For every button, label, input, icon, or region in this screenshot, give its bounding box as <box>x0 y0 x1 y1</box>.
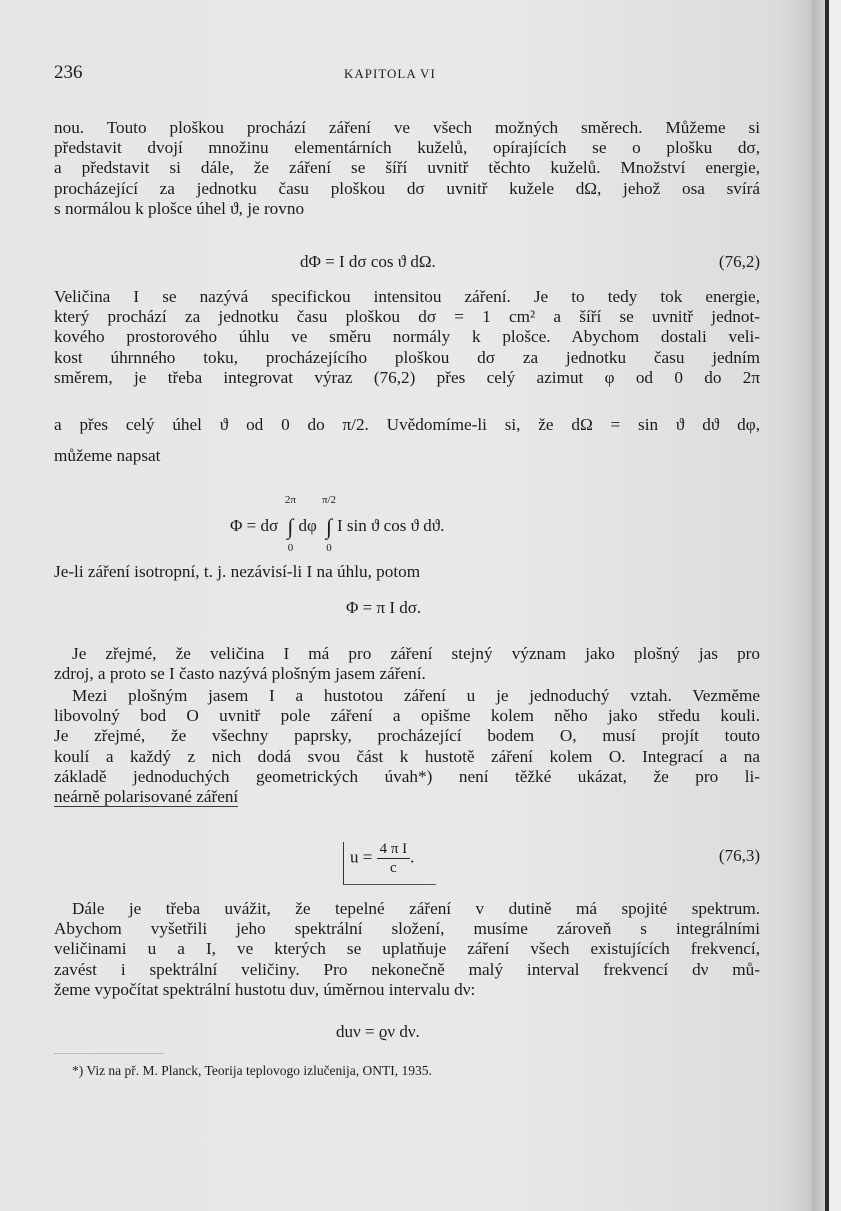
paragraph-3: Je-li záření isotropní, t. j. nezávisí-l… <box>54 562 760 582</box>
text-line: koulí a každý z nich dodá svou část k hu… <box>54 747 760 767</box>
text-line: procházející za jednotku času ploškou dσ… <box>54 179 760 199</box>
integral-sign-phi: 2π ∫ 0 <box>282 514 298 540</box>
integral-body-1: dφ <box>298 516 316 535</box>
paragraph-2: Veličina I se nazývá specifickou intensi… <box>54 287 760 388</box>
next-page-strip <box>829 0 841 1211</box>
text-line: Je-li záření isotropní, t. j. nezávisí-l… <box>54 562 760 582</box>
text-line: a přes celý úhel ϑ od 0 do π/2. Uvědomím… <box>54 415 760 435</box>
paragraph-5: Mezi plošným jasem I a hustotou záření u… <box>54 686 760 807</box>
text-line: s normálou k plošce úhel ϑ, je rovno <box>54 199 760 219</box>
page-number: 236 <box>54 62 83 84</box>
paragraph-6: Dále je třeba uvážit, že tepelné záření … <box>54 899 760 1000</box>
text-line: kost úhrnného toku, procházejícího plošk… <box>54 348 760 368</box>
equation-number: (76,2) <box>719 252 760 272</box>
text-line: Je zřejmé, že všechny paprsky, procházej… <box>54 726 760 746</box>
integral-lhs: Φ = dσ <box>230 516 278 535</box>
equation-integral: Φ = dσ 2π ∫ 0 dφ π/2 ∫ 0 I sin ϑ cos ϑ d… <box>230 514 444 540</box>
text-line: žeme vypočítat spektrální hustotu duν, ú… <box>54 980 760 1000</box>
text-line: Veličina I se nazývá specifickou intensi… <box>54 287 760 307</box>
numerator: 4 π I <box>377 840 411 859</box>
text-line: zdroj, a proto se I často nazývá plošným… <box>54 664 760 684</box>
text-line: nou. Touto ploškou prochází záření ve vš… <box>54 118 760 138</box>
running-head: KAPITOLA VI <box>344 66 436 82</box>
text-line: Abychom vyšetřili jeho spektrální složen… <box>54 919 760 939</box>
footnote: *) Viz na př. M. Planck, Teorija teplovo… <box>72 1063 432 1079</box>
text-line: Mezi plošným jasem I a hustotou záření u… <box>54 686 760 706</box>
paragraph-2-cont: a přes celý úhel ϑ od 0 do π/2. Uvědomím… <box>54 415 760 435</box>
equation-isotropic: Φ = π I dσ. <box>54 598 760 624</box>
equation-76-3: u = 4 π I c . (76,3) <box>54 838 760 882</box>
integral-body-2: I sin ϑ cos ϑ dϑ. <box>337 516 444 535</box>
text-line: který prochází za jednotku času ploškou … <box>54 307 760 327</box>
text-line: neárně polarisované záření <box>54 787 760 807</box>
pencil-underline: neárně polarisované záření <box>54 787 238 807</box>
equation-flux-integral: Φ = dσ 2π ∫ 0 dφ π/2 ∫ 0 I sin ϑ cos ϑ d… <box>54 508 760 548</box>
text-line: Dále je třeba uvážit, že tepelné záření … <box>54 899 760 919</box>
page-header: 236 KAPITOLA VI <box>54 62 754 86</box>
denominator: c <box>377 859 411 877</box>
integral-sign-theta: π/2 ∫ 0 <box>321 514 337 540</box>
text-line: můžeme napsat <box>54 446 760 466</box>
equation-fraction: u = 4 π I c . <box>350 840 414 877</box>
equation-lhs: u = <box>350 847 372 866</box>
paragraph-2-end: můžeme napsat <box>54 446 760 466</box>
text-line: Je zřejmé, že veličina I má pro záření s… <box>54 644 760 664</box>
text-line: a představit si dále, že záření se šíří … <box>54 158 760 178</box>
paragraph-1: nou. Touto ploškou prochází záření ve vš… <box>54 118 760 219</box>
equation-text: duν = ϱν dν. <box>336 1022 420 1042</box>
equation-text: Φ = π I dσ. <box>346 598 421 618</box>
paragraph-4: Je zřejmé, že veličina I má pro záření s… <box>54 644 760 684</box>
text-line: představit dvojí množinu elementárních k… <box>54 138 760 158</box>
page-edge <box>812 0 825 1211</box>
text-line: základě jednoduchých geometrických úvah*… <box>54 767 760 787</box>
equation-76-2: dΦ = I dσ cos ϑ dΩ. (76,2) <box>54 252 760 278</box>
footnote-rule <box>54 1053 164 1054</box>
text-line: veličinami u a I, ve kterých se uplatňuj… <box>54 939 760 959</box>
equation-number: (76,3) <box>719 846 760 866</box>
equation-spectral: duν = ϱν dν. <box>54 1022 760 1048</box>
text-line: směrem, je třeba integrovat výraz (76,2)… <box>54 368 760 388</box>
text-line: kového prostorového úhlu ve směru normál… <box>54 327 760 347</box>
text-line: libovolný bod O uvnitř pole záření a opi… <box>54 706 760 726</box>
fraction: 4 π I c <box>377 840 411 877</box>
equation-text: dΦ = I dσ cos ϑ dΩ. <box>300 252 436 272</box>
text-line: zavést i spektrální veličiny. Pro nekone… <box>54 960 760 980</box>
